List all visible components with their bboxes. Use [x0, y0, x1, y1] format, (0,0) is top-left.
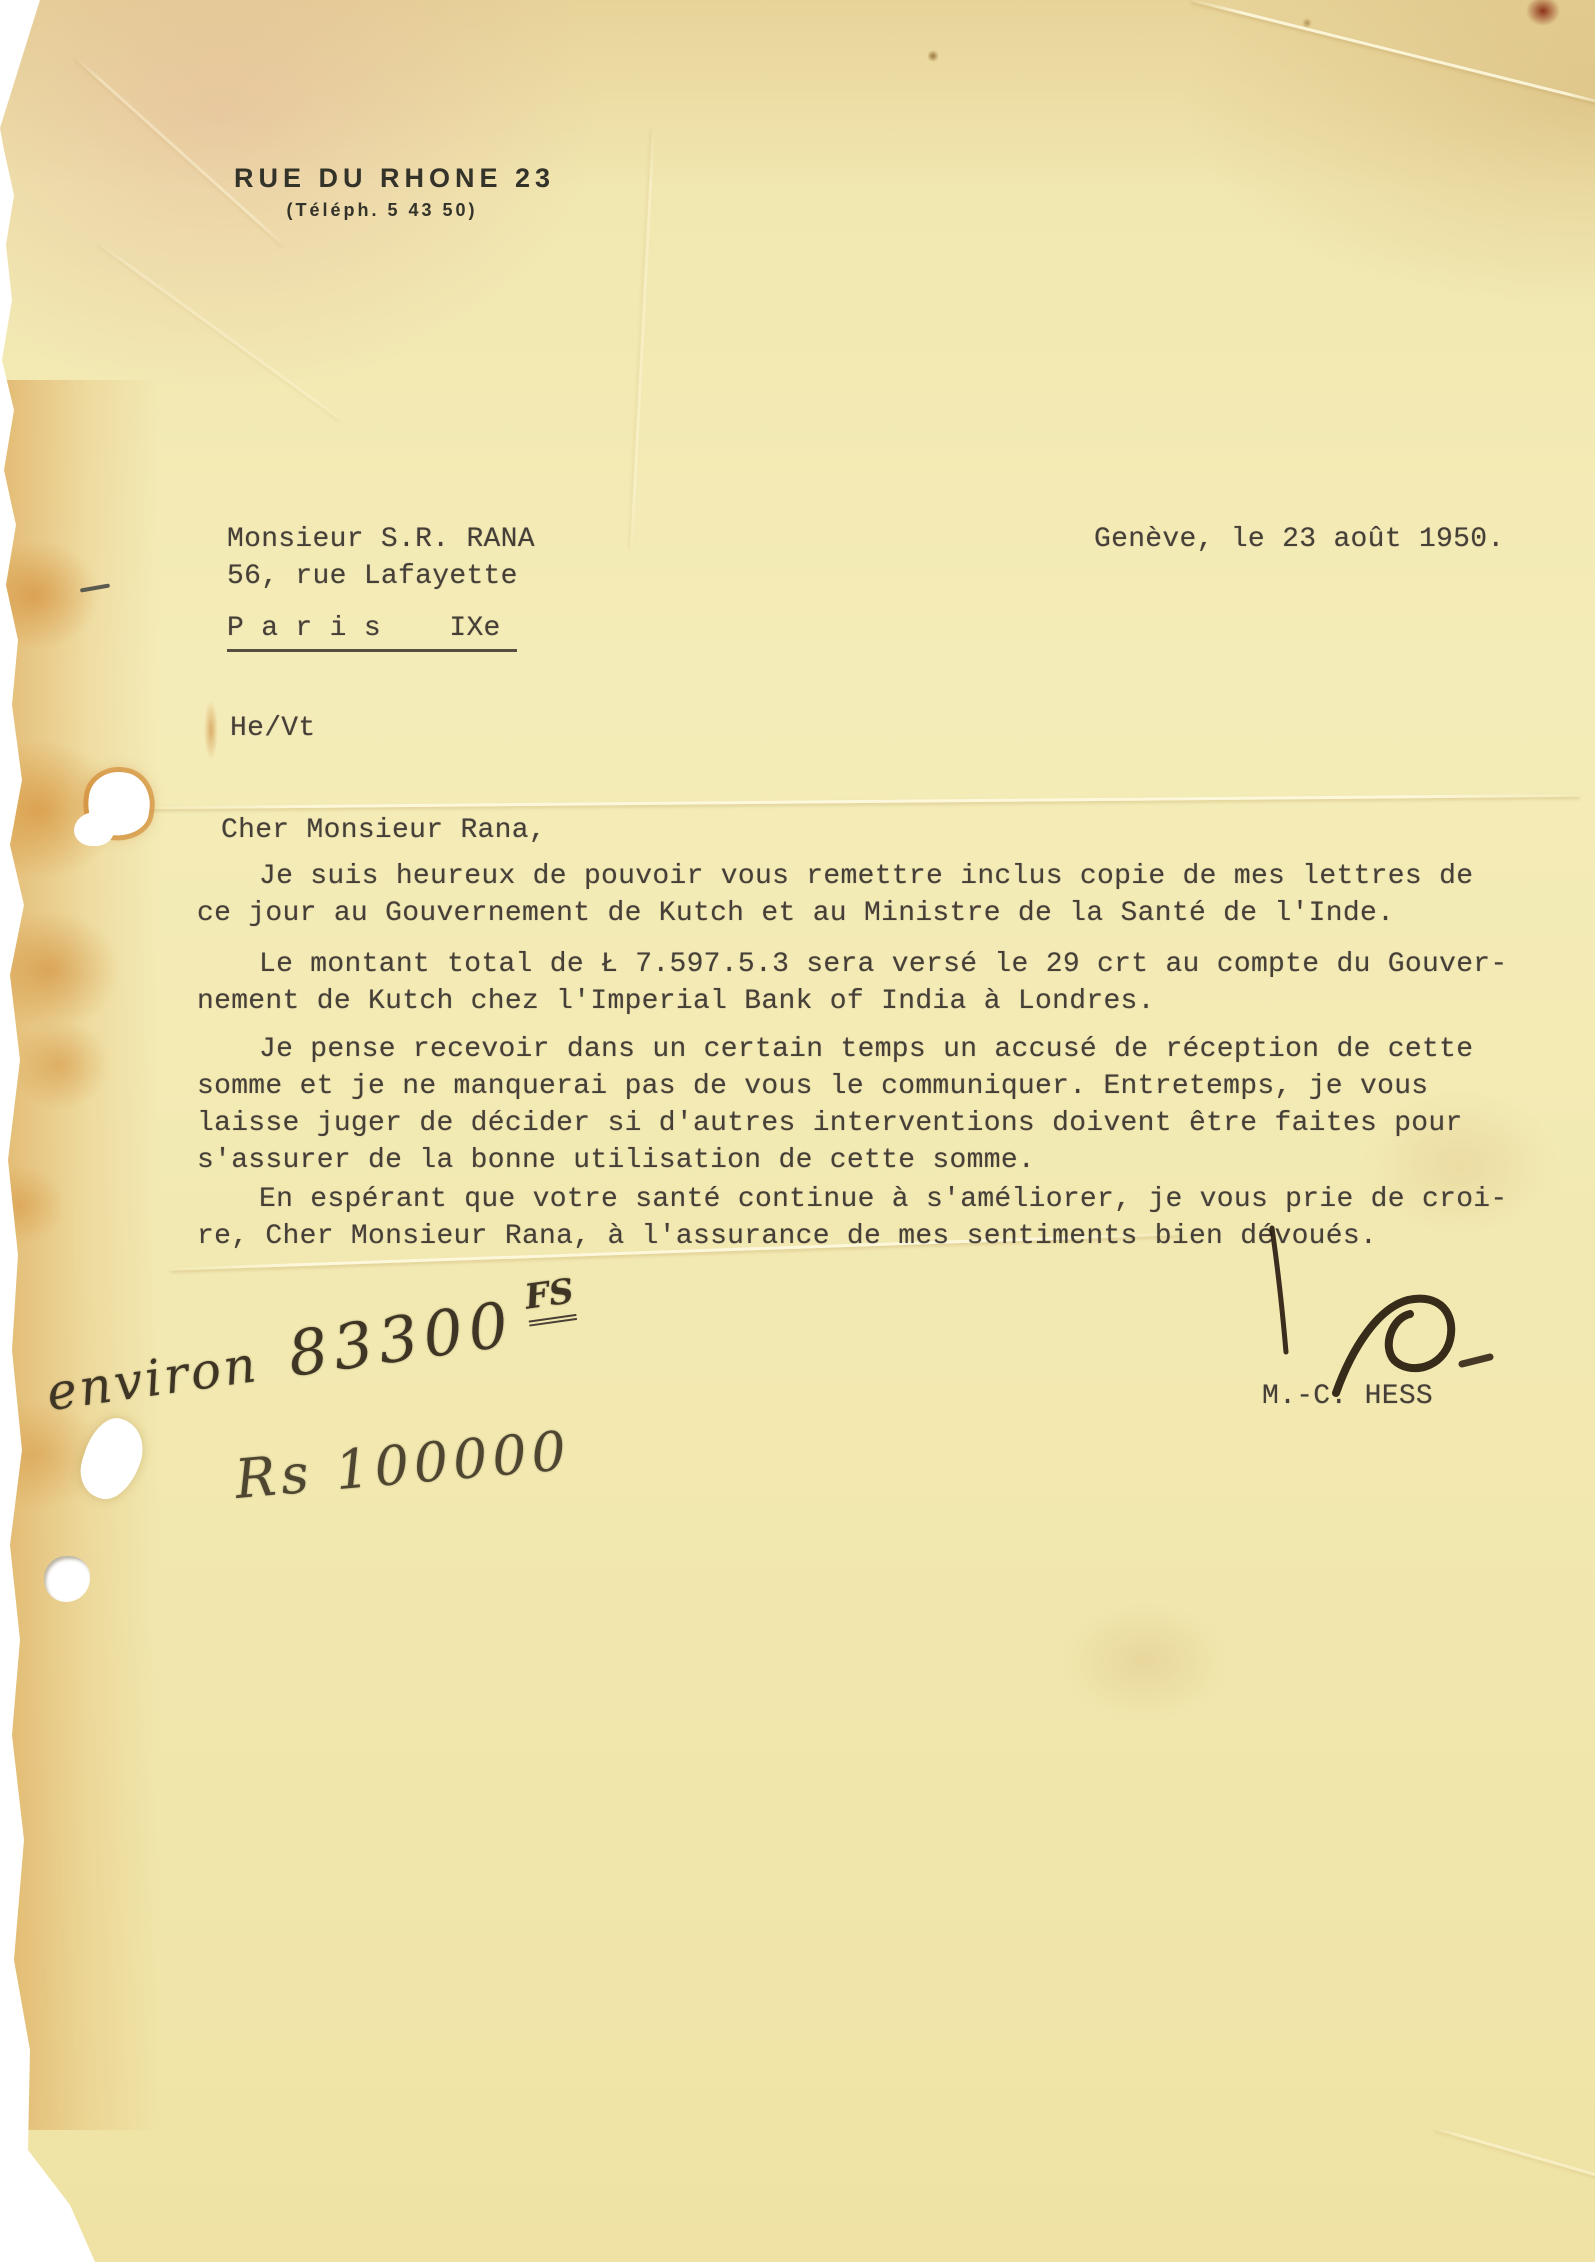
handwritten-amount: 83300 — [283, 1287, 518, 1391]
handwritten-currency: FS — [522, 1271, 577, 1326]
paragraph-1: Je suis heureux de pouvoir vous remettre… — [197, 858, 1549, 932]
signature-typed-name: M.-C. HESS — [1262, 1378, 1433, 1415]
letterhead-street: RUE DU RHONE 23 — [234, 163, 555, 194]
recipient-street: 56, rue Lafayette — [227, 558, 518, 595]
handwritten-note-line2: Rs 100000 — [233, 1419, 574, 1511]
recipient-city: P a r i s IXe — [227, 610, 517, 652]
recipient-name: Monsieur S.R. RANA — [227, 521, 535, 558]
reference-initials: He/Vt — [230, 710, 316, 747]
date-line: Genève, le 23 août 1950. — [1094, 521, 1504, 558]
punch-hole — [44, 1556, 90, 1602]
salutation: Cher Monsieur Rana, — [221, 812, 546, 849]
crease-line — [630, 130, 655, 550]
torn-hole — [74, 812, 114, 846]
paragraph-3: Je pense recevoir dans un certain temps … — [197, 1031, 1549, 1179]
scanned-letter-page: RUE DU RHONE 23 (Téléph. 5 43 50) Monsie… — [0, 0, 1595, 2262]
handwritten-word: environ — [43, 1335, 262, 1422]
ink-slash-mark — [80, 583, 110, 592]
crease-line — [1434, 2127, 1595, 2196]
crease-line — [1191, 0, 1595, 108]
crease-line — [98, 242, 342, 421]
paper-sheet: RUE DU RHONE 23 (Téléph. 5 43 50) Monsie… — [0, 0, 1595, 2262]
crease-line — [150, 794, 1580, 809]
letterhead-phone: (Téléph. 5 43 50) — [232, 200, 532, 221]
handwritten-note-line1: environ 83300 FS — [41, 1278, 582, 1428]
paragraph-2: Le montant total de Ł 7.597.5.3 sera ver… — [197, 946, 1549, 1020]
torn-patch — [73, 1411, 152, 1506]
